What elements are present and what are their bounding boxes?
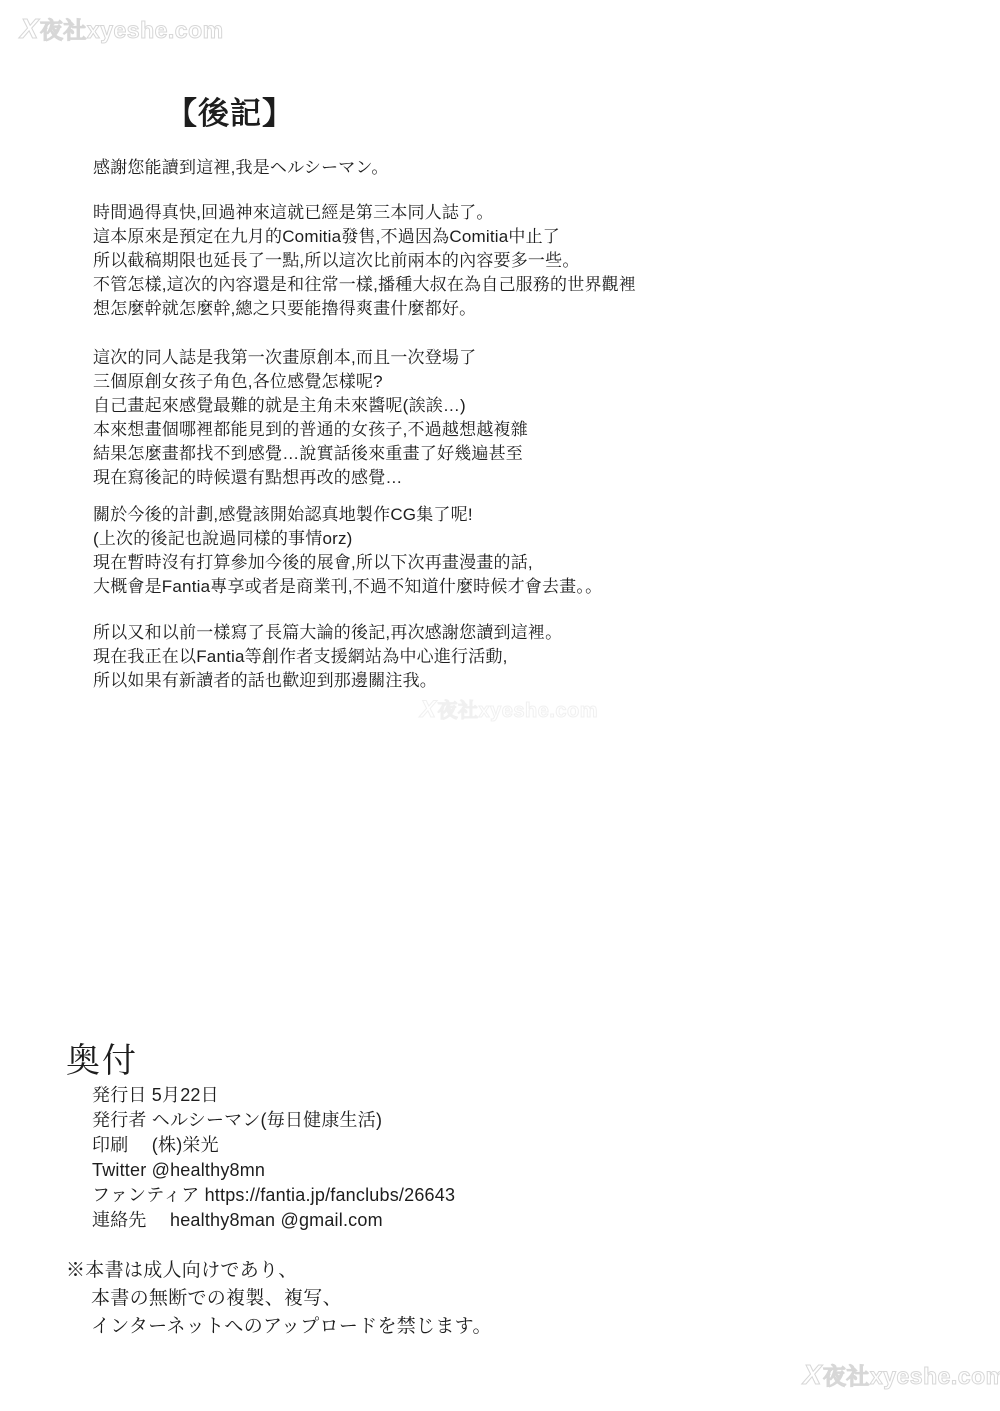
text-line: 所以如果有新讀者的話也歡迎到那邊關注我。 (93, 669, 562, 693)
text-line: Twitter @healthy8mn (92, 1158, 455, 1183)
afterword-paragraph-3: 這次的同人誌是我第一次畫原創本,而且一次登場了三個原創女孩子角色,各位感覺怎樣呢… (93, 346, 528, 490)
disclaimer: ※本書は成人向けであり、本書の無断での複製、複写、インターネットへのアップロード… (66, 1257, 492, 1341)
text-line: 三個原創女孩子角色,各位感覺怎樣呢? (93, 370, 528, 394)
colophon-info: 発行日 5月22日発行者 ヘルシーマン(毎日健康生活)印刷 (株)栄光Twitt… (92, 1083, 455, 1233)
text-line: インターネットへのアップロードを禁じます。 (66, 1313, 492, 1341)
watermark-text: 夜社xyeshe.com (438, 700, 599, 722)
watermark-logo-icon: X (803, 1359, 822, 1390)
text-line: 発行者 ヘルシーマン(毎日健康生活) (92, 1108, 455, 1133)
text-line: 現在寫後記的時候還有點想再改的感覺… (93, 466, 528, 490)
watermark-logo-icon: X (420, 696, 437, 723)
text-line: 本來想畫個哪裡都能見到的普通的女孩子,不過越想越複雜 (93, 418, 528, 442)
watermark-top-left: X夜社xyeshe.com (20, 12, 224, 45)
watermark-middle: X夜社xyeshe.com (420, 694, 598, 724)
text-line: 発行日 5月22日 (92, 1083, 455, 1108)
text-line: 這本原來是預定在九月的Comitia發售,不過因為Comitia中止了 (93, 225, 636, 249)
text-line: (上次的後記也說過同樣的事情orz) (93, 527, 602, 551)
text-line: 這次的同人誌是我第一次畫原創本,而且一次登場了 (93, 346, 528, 370)
afterword-paragraph-2: 時間過得真快,回過神來這就已經是第三本同人誌了。這本原來是預定在九月的Comit… (93, 201, 636, 321)
text-line: 連絡先 healthy8man @gmail.com (92, 1208, 455, 1233)
watermark-text: 夜社xyeshe.com (40, 17, 224, 43)
text-line: ファンティア https://fantia.jp/fanclubs/26643 (92, 1183, 455, 1208)
text-line: ※本書は成人向けであり、 (66, 1257, 492, 1285)
text-line: 大概會是Fantia專享或者是商業刊,不過不知道什麼時候才會去畫。。 (93, 575, 602, 599)
text-line: 時間過得真快,回過神來這就已經是第三本同人誌了。 (93, 201, 636, 225)
text-line: 感謝您能讀到這裡,我是ヘルシーマン。 (93, 156, 389, 180)
watermark-logo-icon: X (20, 13, 39, 44)
text-line: 關於今後的計劃,感覺該開始認真地製作CG集了呢! (93, 503, 602, 527)
text-line: 現在我正在以Fantia等創作者支援網站為中心進行活動, (93, 645, 562, 669)
afterword-title: 【後記】 (166, 88, 294, 133)
text-line: 印刷 (株)栄光 (92, 1133, 455, 1158)
text-line: 結果怎麼畫都找不到感覺…說實話後來重畫了好幾遍甚至 (93, 442, 528, 466)
afterword-paragraph-1: 感謝您能讀到這裡,我是ヘルシーマン。 (93, 156, 389, 180)
text-line: 不管怎樣,這次的內容還是和往常一樣,播種大叔在為自己服務的世界觀裡 (93, 273, 636, 297)
text-line: 現在暫時沒有打算參加今後的展會,所以下次再畫漫畫的話, (93, 551, 602, 575)
watermark-bottom-right: X夜社xyeshe.com (803, 1358, 1000, 1391)
afterword-paragraph-5: 所以又和以前一樣寫了長篇大論的後記,再次感謝您讀到這裡。現在我正在以Fantia… (93, 621, 562, 693)
text-line: 所以截稿期限也延長了一點,所以這次比前兩本的內容要多一些。 (93, 249, 636, 273)
colophon-heading: 奥付 (66, 1033, 138, 1082)
afterword-page: X夜社xyeshe.com 【後記】 感謝您能讀到這裡,我是ヘルシーマン。 時間… (0, 0, 1000, 1411)
text-line: 想怎麼幹就怎麼幹,總之只要能擼得爽畫什麼都好。 (93, 297, 636, 321)
text-line: 本書の無断での複製、複写、 (66, 1285, 492, 1313)
watermark-text: 夜社xyeshe.com (823, 1363, 1000, 1389)
text-line: 所以又和以前一樣寫了長篇大論的後記,再次感謝您讀到這裡。 (93, 621, 562, 645)
text-line: 自己畫起來感覺最難的就是主角未來醬呢(誒誒…) (93, 394, 528, 418)
afterword-paragraph-4: 關於今後的計劃,感覺該開始認真地製作CG集了呢!(上次的後記也說過同樣的事情or… (93, 503, 602, 599)
